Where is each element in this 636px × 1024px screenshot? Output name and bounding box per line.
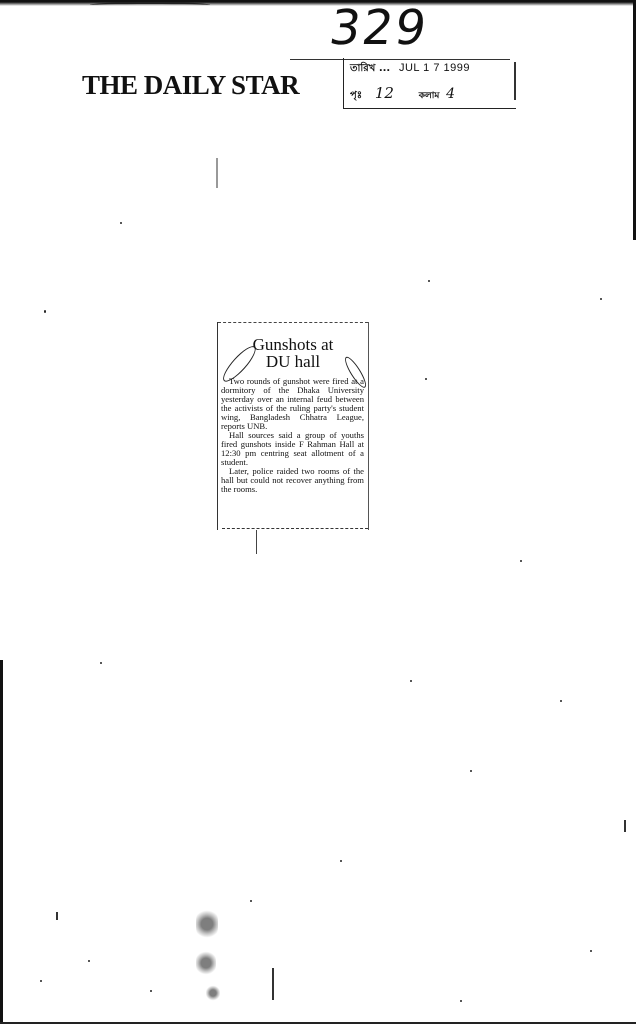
scan-mark xyxy=(624,820,626,832)
article-paragraph: Hall sources said a group of youths fire… xyxy=(221,431,364,467)
stamp-column-label: কলাম xyxy=(419,91,440,101)
scan-speck xyxy=(428,280,430,282)
scan-speck xyxy=(100,662,102,664)
scan-speck xyxy=(410,680,412,682)
stamp-column-value: 4 xyxy=(446,86,455,102)
stamp-date-row: তারিখ ... JUL 1 7 1999 xyxy=(350,61,470,78)
stamp-page-row: পৃঃ 12 কলাম 4 xyxy=(350,84,455,105)
article-paragraph: Two rounds of gunshot were fired at a do… xyxy=(221,377,364,431)
scan-mark xyxy=(216,158,218,188)
scan-mark xyxy=(272,968,274,1000)
stamp-date-label: তারিখ ... xyxy=(350,63,390,74)
scan-speck xyxy=(150,990,152,992)
stamp-page-value: 12 xyxy=(375,84,394,102)
scan-speck xyxy=(425,378,427,380)
scan-top-edge xyxy=(0,0,636,6)
scan-speck xyxy=(120,222,122,224)
scissor-cut-line xyxy=(256,530,257,554)
handwritten-reference-number: 329 xyxy=(326,0,431,56)
scan-speck xyxy=(340,860,342,862)
stamp-page-label: পৃঃ xyxy=(350,90,362,101)
scan-speck xyxy=(460,1000,462,1002)
article-body: Two rounds of gunshot were fired at a do… xyxy=(221,377,364,494)
scan-speck xyxy=(250,900,252,902)
scan-speck xyxy=(44,310,46,313)
stamp-right-border xyxy=(514,62,516,100)
article-paragraph: Later, police raided two rooms of the ha… xyxy=(221,467,364,494)
scan-speck xyxy=(600,298,602,300)
scan-smudge xyxy=(196,908,218,940)
scan-speck xyxy=(520,560,522,562)
scan-smudge xyxy=(206,985,220,1001)
publication-masthead: THE DAILY STAR xyxy=(82,70,299,101)
scan-speck xyxy=(40,980,42,982)
scan-speck xyxy=(470,770,472,772)
scan-speck xyxy=(88,960,90,962)
scan-speck xyxy=(590,950,592,952)
headline-line-1: Gunshots at xyxy=(218,336,368,353)
scan-speck xyxy=(560,700,562,702)
stamp-date-value: JUL 1 7 1999 xyxy=(399,62,470,74)
archive-stamp: তারিখ ... JUL 1 7 1999 পৃঃ 12 কলাম 4 xyxy=(343,58,516,109)
scan-smudge xyxy=(196,950,216,976)
scan-left-edge xyxy=(0,660,3,1024)
article-clipping: Gunshots at DU hall Two rounds of gunsho… xyxy=(217,322,369,530)
scan-mark xyxy=(56,912,58,920)
